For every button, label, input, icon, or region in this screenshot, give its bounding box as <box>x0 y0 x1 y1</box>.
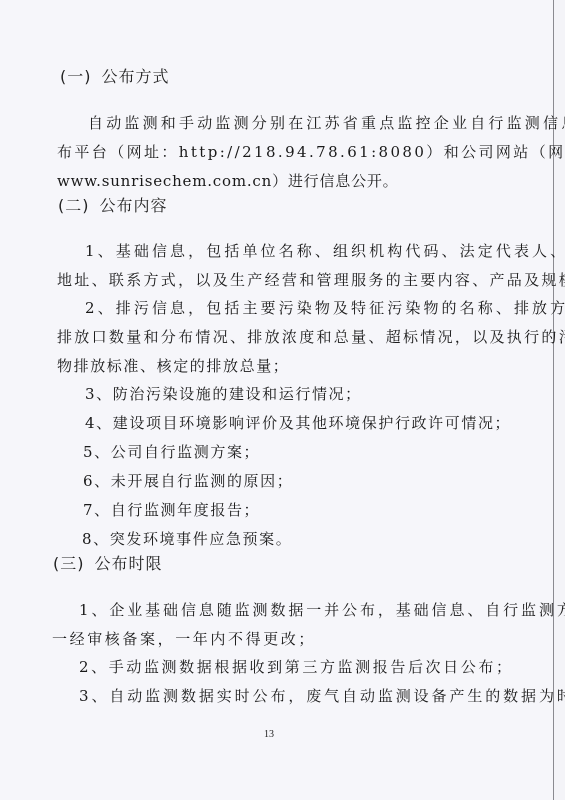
section-number: (三) <box>53 554 85 573</box>
paragraph-line: 7、自行监测年度报告； <box>83 500 260 520</box>
paragraph-line: 排放口数量和分布情况、排放浓度和总量、超标情况，以及执行的污染 <box>57 327 565 347</box>
paragraph-line: 8、突发环境事件应急预案。 <box>82 529 292 549</box>
paragraph-line: 3、自动监测数据实时公布，废气自动监测设备产生的数据为时均 <box>79 686 565 706</box>
paragraph-line: 一经审核备案，一年内不得更改； <box>52 629 316 649</box>
paragraph-line: 2、排污信息，包括主要污染物及特征污染物的名称、排放方式、 <box>85 298 565 318</box>
page-number: 13 <box>264 729 274 740</box>
section-heading-publish-content: (二)公布内容 <box>58 196 168 216</box>
paragraph-line: 1、企业基础信息随监测数据一并公布，基础信息、自行监测方案 <box>79 600 565 620</box>
section-title: 公布内容 <box>100 196 168 215</box>
section-heading-publish-method: (一)公布方式 <box>60 67 170 87</box>
paragraph-line: 物排放标准、核定的排放总量； <box>57 356 289 376</box>
section-heading-publish-timeline: (三)公布时限 <box>53 554 163 574</box>
document-page: (一)公布方式 自动监测和手动监测分别在江苏省重点监控企业自行监测信息发 布平台… <box>0 0 554 800</box>
section-title: 公布时限 <box>95 554 163 573</box>
section-title: 公布方式 <box>102 67 170 86</box>
paragraph-line: 3、防治污染设施的建设和运行情况； <box>85 384 362 404</box>
paragraph-line: 4、建设项目环境影响评价及其他环境保护行政许可情况； <box>85 413 511 433</box>
paragraph-line: www.sunrisechem.com.cn）进行信息公开。 <box>57 171 398 191</box>
paragraph-line: 5、公司自行监测方案； <box>83 442 260 462</box>
paragraph-line: 1、基础信息，包括单位名称、组织机构代码、法定代表人、生产 <box>85 241 565 261</box>
paragraph-line: 地址、联系方式，以及生产经营和管理服务的主要内容、产品及规模； <box>57 270 565 290</box>
paragraph-line: 2、手动监测数据根据收到第三方监测报告后次日公布； <box>79 657 514 677</box>
section-number: (一) <box>60 67 92 86</box>
paragraph-line: 布平台（网址：http://218.94.78.61:8080）和公司网站（网址… <box>57 142 565 162</box>
paragraph-line: 自动监测和手动监测分别在江苏省重点监控企业自行监测信息发 <box>88 113 565 133</box>
section-number: (二) <box>58 196 90 215</box>
paragraph-line: 6、未开展自行监测的原因； <box>83 471 293 491</box>
